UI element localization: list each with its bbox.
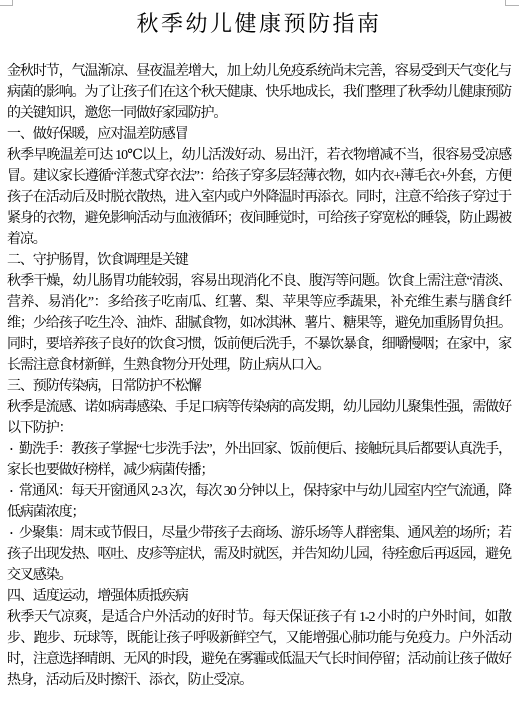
section-heading: 四、适度运动，增强体质抵疾病 <box>7 586 511 607</box>
bullet-icon: • <box>10 523 13 544</box>
text-boundary-mark-top-left-vertical <box>12 0 13 6</box>
document-title: 秋季幼儿健康预防指南 <box>7 8 511 40</box>
bullet-item: •常通风：每天开窗通风 2-3 次，每次 30 分钟以上，保持家中与幼儿园室内空… <box>7 481 511 523</box>
section-heading: 二、守护肠胃，饮食调理是关键 <box>7 250 511 271</box>
paragraph: 秋季天气凉爽，是适合户外活动的好时节。每天保证孩子有 1-2 小时的户外时间，如… <box>7 607 511 691</box>
paragraph: 秋季是流感、诺如病毒感染、手足口病等传染病的高发期，幼儿园幼儿聚集性强，需做好以… <box>7 397 511 439</box>
bullet-text: 常通风：每天开窗通风 2-3 次，每次 30 分钟以上，保持家中与幼儿园室内空气… <box>7 484 511 520</box>
bullet-icon: • <box>10 439 13 460</box>
bullet-text: 少聚集：周末或节假日，尽量少带孩子去商场、游乐场等人群密集、通风差的场所；若孩子… <box>7 526 511 583</box>
paragraph: 秋季早晚温差可达 10℃以上，幼儿活泼好动、易出汗，若衣物增减不当，很容易受凉感… <box>7 145 511 250</box>
text-boundary-mark-top-right-horizontal <box>505 5 519 6</box>
text-boundary-mark-top-right-vertical <box>505 0 506 6</box>
document-body: 金秋时节，气温渐凉、昼夜温差增大，加上幼儿免疫系统尚未完善，容易受到天气变化与病… <box>7 61 511 691</box>
document-page: 秋季幼儿健康预防指南 金秋时节，气温渐凉、昼夜温差增大，加上幼儿免疫系统尚未完善… <box>0 0 519 691</box>
bullet-text: 勤洗手：教孩子掌握“七步洗手法”，外出回家、饭前便后、接触玩具后都要认真洗手，家… <box>7 442 511 478</box>
bullet-item: •勤洗手：教孩子掌握“七步洗手法”，外出回家、饭前便后、接触玩具后都要认真洗手，… <box>7 439 511 481</box>
paragraph: 秋季干燥，幼儿肠胃功能较弱，容易出现消化不良、腹泻等问题。饮食上需注意“清淡、营… <box>7 271 511 376</box>
section-heading: 三、预防传染病，日常防护不松懈 <box>7 376 511 397</box>
paragraph: 金秋时节，气温渐凉、昼夜温差增大，加上幼儿免疫系统尚未完善，容易受到天气变化与病… <box>7 61 511 124</box>
section-heading: 一、做好保暖，应对温差防感冒 <box>7 124 511 145</box>
bullet-icon: • <box>10 481 13 502</box>
bullet-item: •少聚集：周末或节假日，尽量少带孩子去商场、游乐场等人群密集、通风差的场所；若孩… <box>7 523 511 586</box>
